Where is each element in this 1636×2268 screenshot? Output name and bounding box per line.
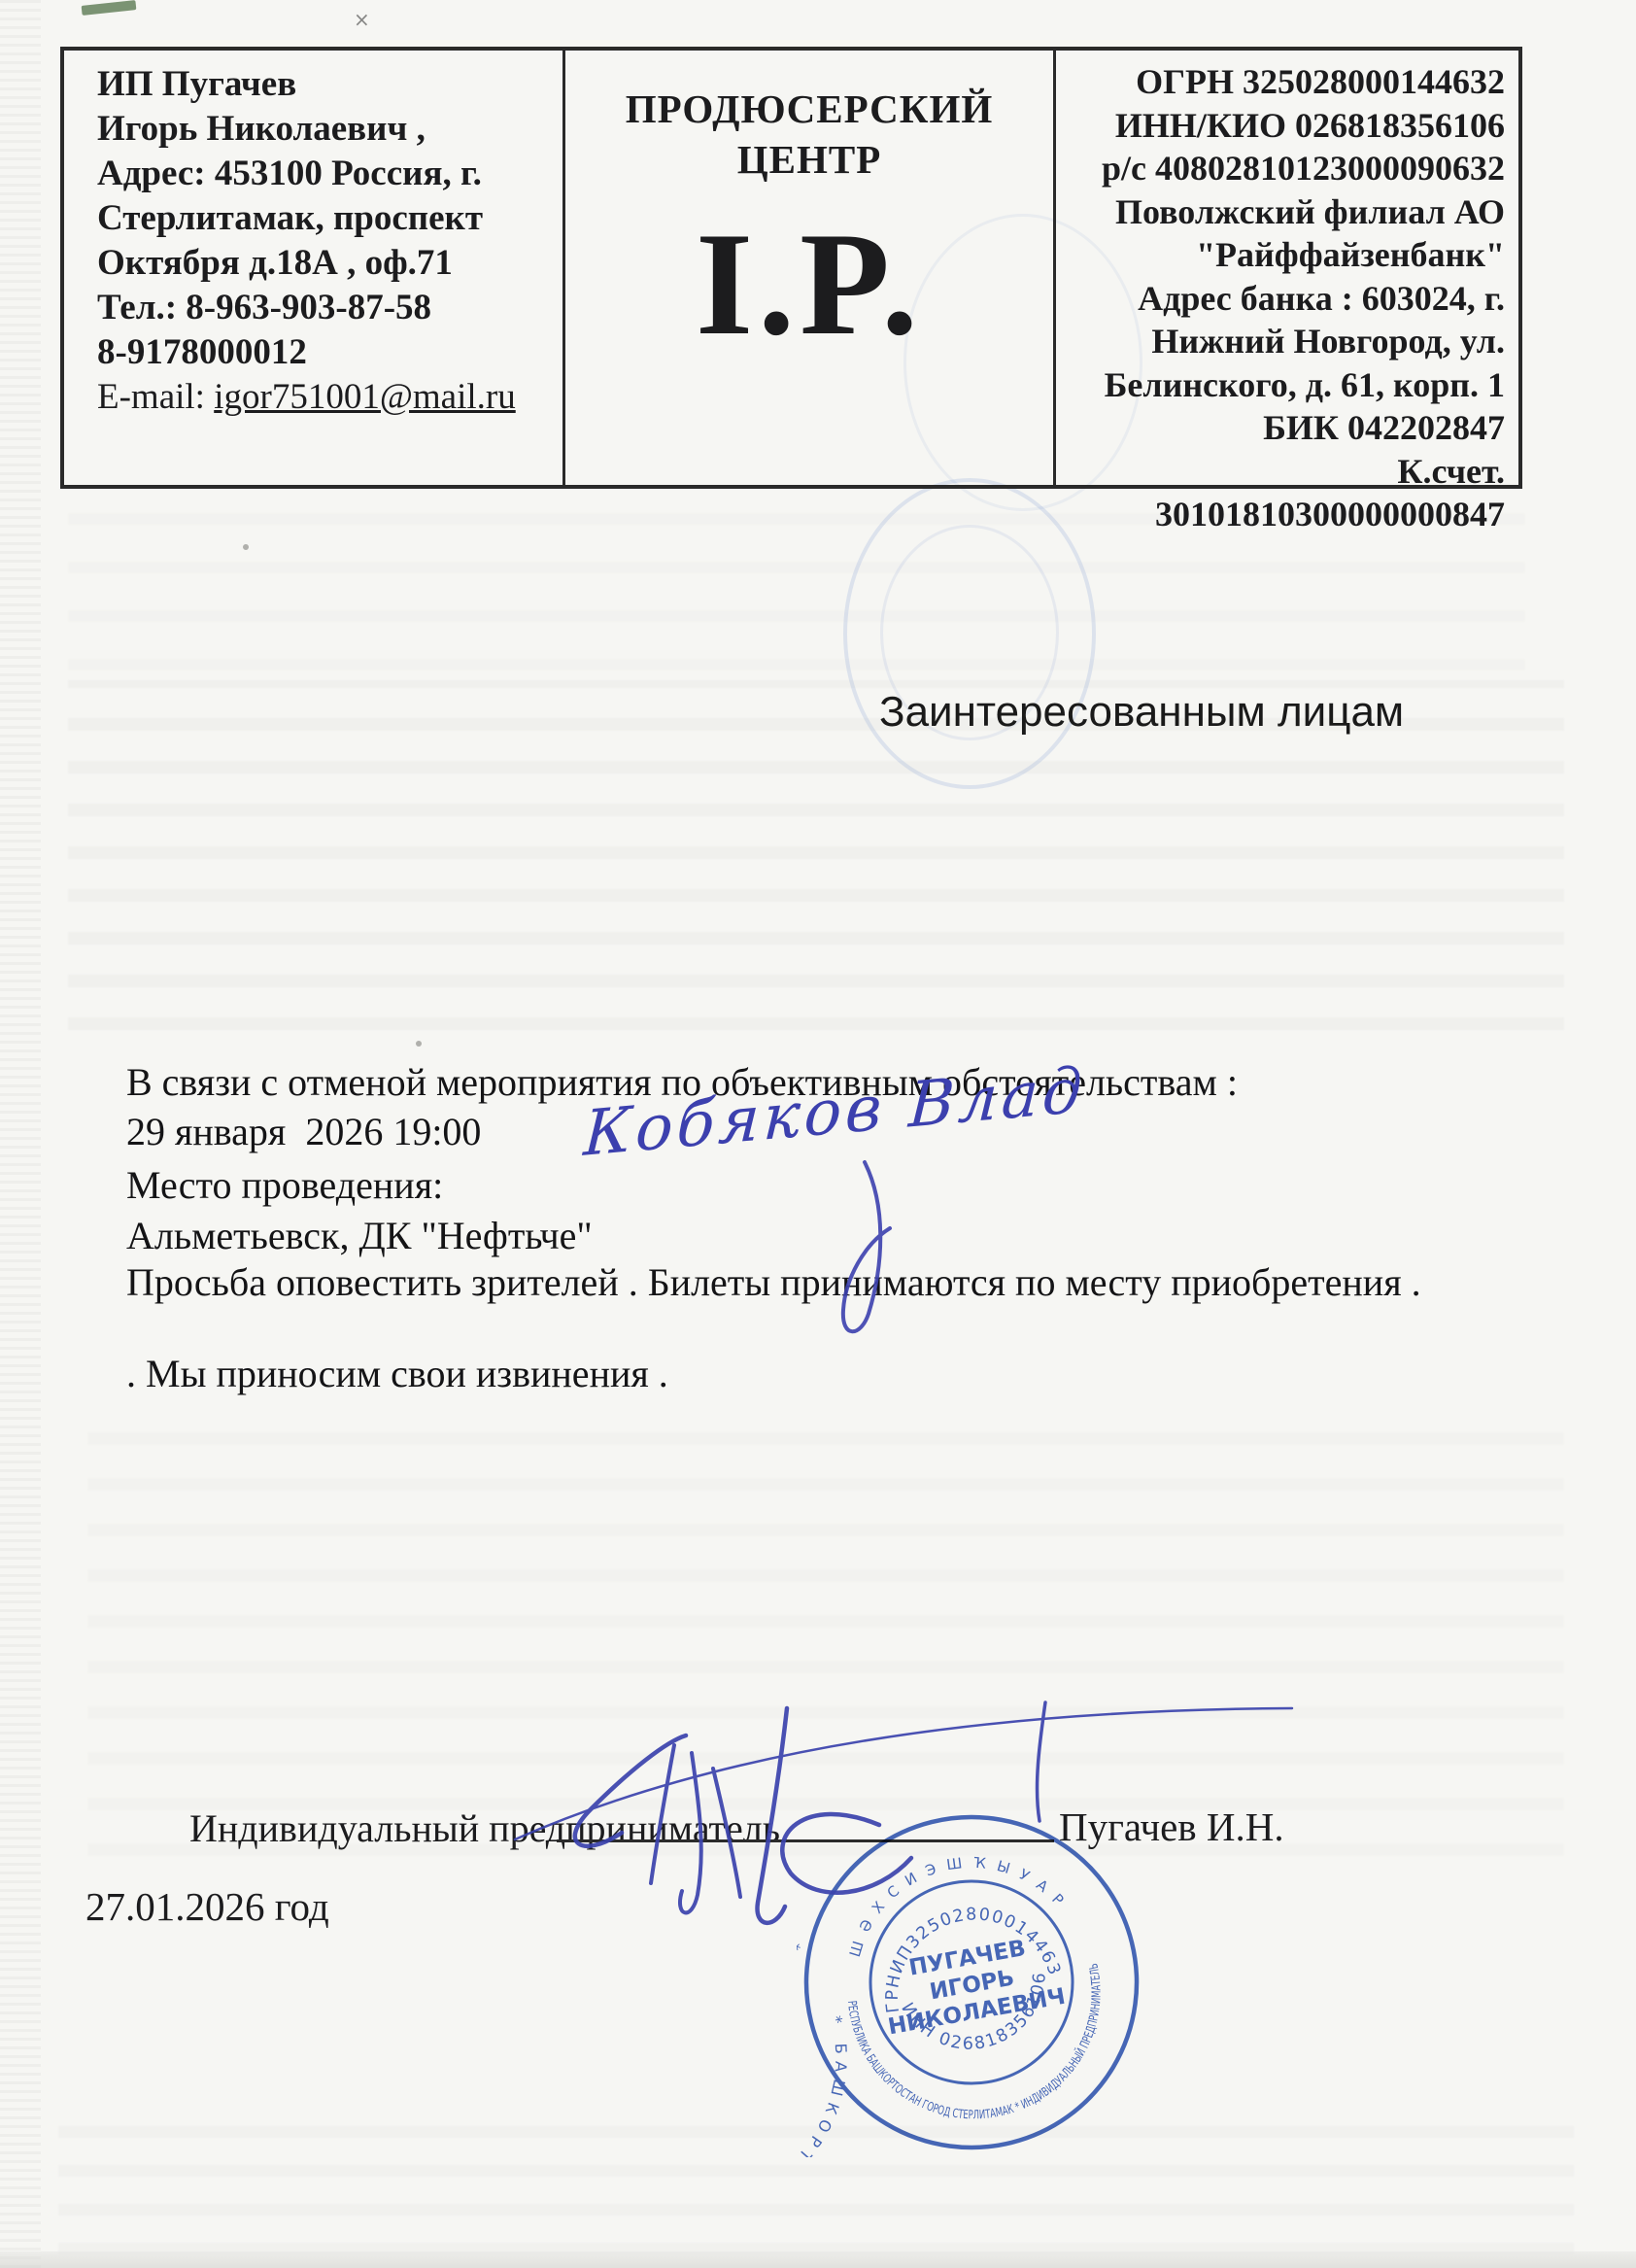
scan-bottom-edge — [0, 2251, 1636, 2268]
ink-signature — [466, 1652, 1341, 1963]
scan-speck — [243, 544, 249, 550]
letterhead-line: Стерлитамак, проспект — [97, 196, 557, 241]
scan-edge-noise — [0, 0, 41, 2268]
bank-line: Белинского, д. 61, корп. 1 — [1056, 363, 1505, 407]
letterhead-line: Октября д.18А , оф.71 — [97, 241, 557, 286]
letterhead-line: Тел.: 8-963-903-87-58 — [97, 286, 557, 330]
letterhead-line: 8-9178000012 — [97, 330, 557, 375]
scan-speck — [416, 1041, 422, 1047]
letterhead-line: ИП Пугачев — [97, 62, 557, 107]
scanned-letter-page: × ИП Пугачев Игорь Николаевич , Адрес: 4… — [0, 0, 1636, 2268]
letterhead-bank-cell: ОГРН 325028000144632 ИНН/КИО 02681835610… — [1056, 51, 1518, 485]
bank-line: ОГРН 325028000144632 — [1056, 60, 1505, 104]
letter-date: 27.01.2026 год — [85, 1883, 329, 1930]
producer-center-title: ПРОДЮСЕРСКИЙ — [565, 84, 1053, 134]
scan-speck — [82, 0, 137, 16]
bank-line: р/с 40802810123000090632 — [1056, 147, 1505, 190]
ip-logo: I.P. — [565, 206, 1053, 361]
letterhead-line: Адрес: 453100 Россия, г. — [97, 152, 557, 196]
letterhead-contact-cell: ИП Пугачев Игорь Николаевич , Адрес: 453… — [64, 51, 565, 485]
email-line: E-mail: igor751001@mail.ru — [97, 375, 557, 420]
bank-line: К.счет. 30101810300000000847 — [1056, 450, 1505, 536]
bank-line: Адрес банка : 603024, г. — [1056, 277, 1505, 321]
email-address: igor751001@mail.ru — [214, 377, 516, 417]
letterhead-line: Игорь Николаевич , — [97, 107, 557, 152]
producer-center-title: ЦЕНТР — [565, 134, 1053, 185]
letterhead-logo-cell: ПРОДЮСЕРСКИЙ ЦЕНТР I.P. — [565, 51, 1056, 485]
letterhead-table: ИП Пугачев Игорь Николаевич , Адрес: 453… — [60, 47, 1522, 489]
bank-line: "Райффайзенбанк" — [1056, 233, 1505, 277]
handwriting-descender-stroke — [544, 1069, 952, 1380]
bank-line: ИНН/КИО 026818356106 — [1056, 104, 1505, 148]
scan-speck: × — [354, 8, 370, 31]
email-label: E-mail: — [97, 377, 214, 417]
bank-line: Нижний Новгород, ул. — [1056, 320, 1505, 363]
bank-line: БИК 042202847 — [1056, 406, 1505, 450]
bank-line: Поволжский филиал АО — [1056, 190, 1505, 234]
recipient-heading: Заинтересованным лицам — [879, 688, 1404, 737]
